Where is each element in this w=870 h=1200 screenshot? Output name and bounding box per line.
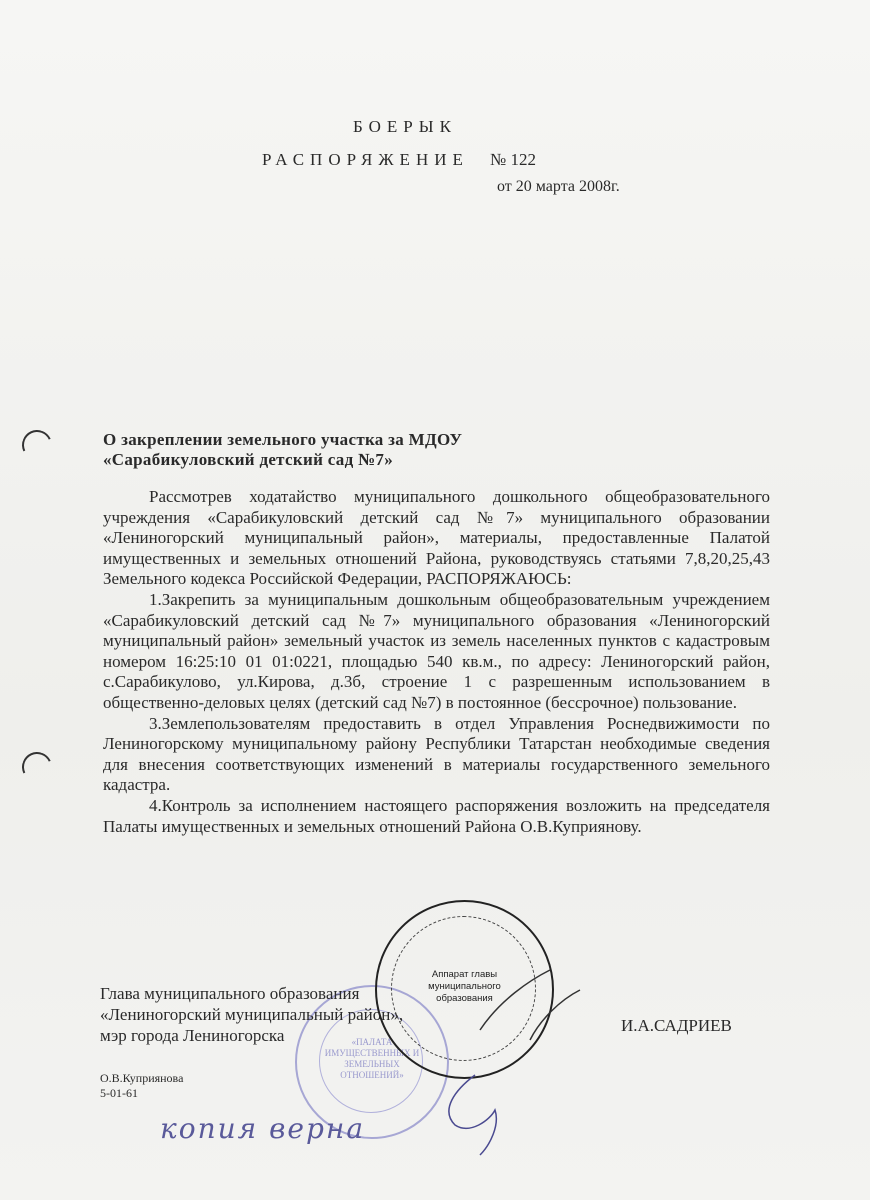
body-paragraph: 4.Контроль за исполнением настоящего рас… (103, 796, 770, 837)
document-type: РАСПОРЯЖЕНИЕ (262, 150, 469, 170)
signature-scribble-icon (470, 960, 590, 1050)
document-date: от 20 марта 2008г. (497, 178, 620, 196)
handwritten-signature-icon (435, 1070, 525, 1160)
signature-position: «Лениногорский муниципальный район», (100, 1004, 403, 1025)
punch-hole-mark (18, 426, 56, 464)
body-paragraph: 1.Закрепить за муниципальным дошкольным … (103, 590, 770, 714)
scanned-page: БОЕРЫК РАСПОРЯЖЕНИЕ № 122 от 20 марта 20… (0, 0, 870, 1200)
executor-block: О.В.Куприянова 5-01-61 (100, 1071, 183, 1101)
body-paragraph: Рассмотрев ходатайство муниципального до… (103, 487, 770, 590)
executor-phone: 5-01-61 (100, 1086, 183, 1101)
stamp-line: ОТНОШЕНИЙ» (317, 1070, 427, 1081)
signature-position: мэр города Лениногорска (100, 1025, 403, 1046)
document-body: Рассмотрев ходатайство муниципального до… (103, 487, 770, 837)
title-line: «Сарабикуловский детский сад №7» (103, 450, 462, 470)
executor-name: О.В.Куприянова (100, 1071, 183, 1086)
signature-position: Глава муниципального образования (100, 983, 403, 1004)
punch-hole-mark (18, 748, 56, 786)
title-line: О закреплении земельного участка за МДОУ (103, 430, 462, 450)
body-paragraph: 3.Землепользователям предоставить в отде… (103, 714, 770, 796)
signature-block: Глава муниципального образования «Ленино… (100, 983, 403, 1046)
header-tatar: БОЕРЫК (353, 117, 457, 137)
handwritten-note: копия верна (160, 1112, 365, 1145)
document-number: № 122 (490, 150, 536, 170)
signatory-name: И.А.САДРИЕВ (621, 1016, 732, 1036)
document-title: О закреплении земельного участка за МДОУ… (103, 430, 462, 470)
